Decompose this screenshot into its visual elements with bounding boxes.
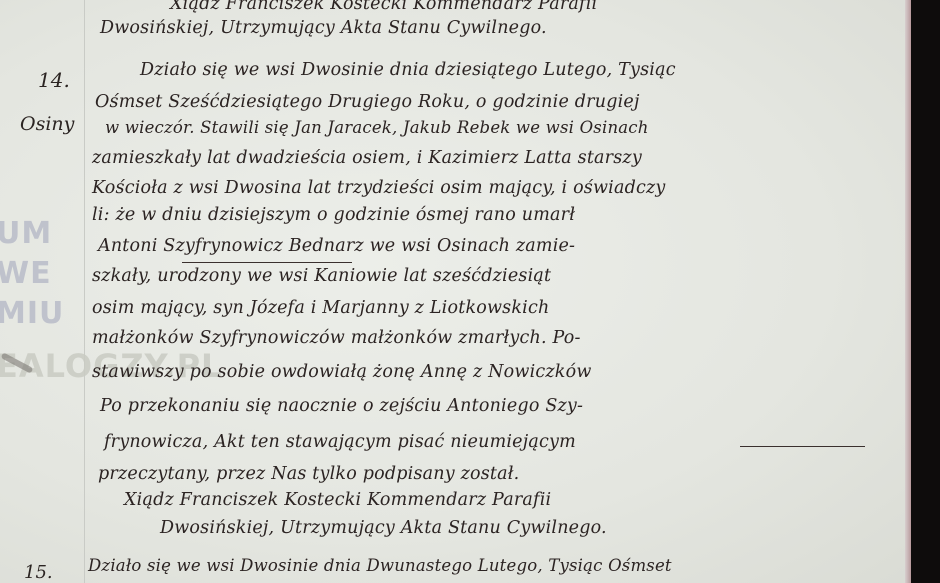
text-line: Po przekonaniu się naocznie o zejściu An… [100,396,583,416]
text-line: stawiwszy po sobie owdowiałą żonę Annę z… [92,362,592,382]
scan-backdrop [911,0,940,583]
text-line: frynowicza, Akt ten stawającym pisać nie… [104,432,576,452]
entry-number: 14. [38,68,70,92]
text-line: małżonków Szyfrynowiczów małżonków zmarł… [92,328,581,348]
text-line: Ośmset Sześćdziesiątego Drugiego Roku, o… [95,92,640,112]
next-entry-number: 15. [24,562,53,583]
text-line: przeczytany, przez Nas tylko podpisany z… [98,464,519,484]
signature-title-line: Dwosińskiej, Utrzymujący Akta Stanu Cywi… [160,518,607,538]
text-line-deceased: Antoni Szyfrynowicz Bednarz we wsi Osina… [98,236,575,256]
text-line: w wieczór. Stawili się Jan Jaracek, Jaku… [105,118,649,137]
end-rule [740,446,865,447]
signature-title-line: Dwosińskiej, Utrzymujący Akta Stanu Cywi… [100,18,547,38]
text-line: li: że w dniu dzisiejszym o godzinie ósm… [92,205,575,225]
text-line: szkały, urodzony we wsi Kaniowie lat sze… [92,266,551,286]
register-page: UM WE MIU EALOGZY.PL 14. Osiny 15. Xiądz… [0,0,905,583]
name-underline [182,262,352,263]
signature-line: Xiądz Franciszek Kostecki Kommendarz Par… [170,0,597,14]
text-line: zamieszkały lat dwadzieścia osiem, i Kaz… [92,148,642,168]
text-line: Działo się we wsi Dwosinie dnia Dwunaste… [88,556,672,575]
signature-line: Xiądz Franciszek Kostecki Kommendarz Par… [124,490,551,510]
text-line: osim mający, syn Józefa i Marjanny z Lio… [92,298,549,318]
village-name: Osiny [20,113,74,135]
text-line: Działo się we wsi Dwosinie dnia dziesiąt… [140,60,676,80]
text-line: Kościoła z wsi Dwosina lat trzydzieści o… [92,178,666,198]
